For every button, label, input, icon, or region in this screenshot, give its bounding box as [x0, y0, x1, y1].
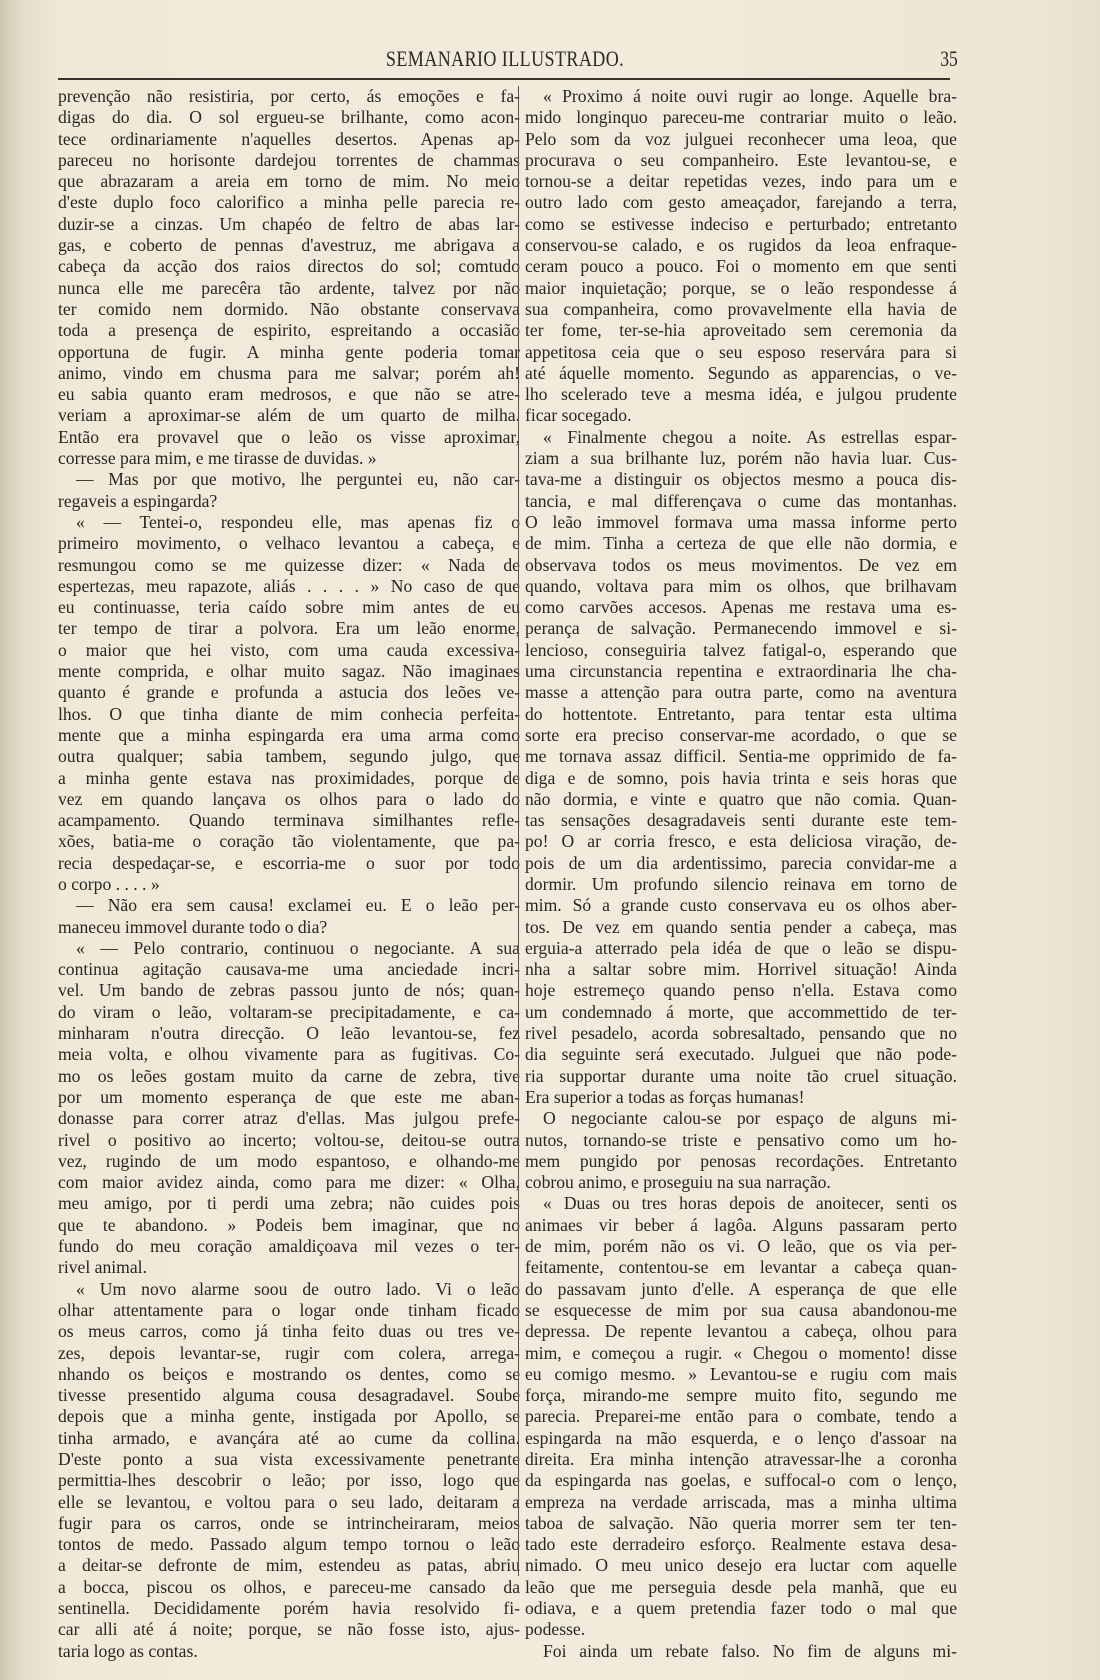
text-line: de mim. Tinha a certeza de que elle não …	[525, 533, 957, 554]
text-line: a minha gente estava nas proximidades, p…	[58, 768, 520, 789]
text-line: taboa de salvação. Não queria morrer sem…	[525, 1513, 957, 1534]
text-line: sentinella. Decididamente porém havia re…	[58, 1598, 520, 1619]
text-line: cobrou animo, e proseguiu na sua narraçã…	[525, 1172, 957, 1193]
text-line: mem pungido por penosas recordações. Ent…	[525, 1151, 957, 1172]
text-line: observava todos os meus movimentos. De v…	[525, 555, 957, 576]
text-line: mido longinquo pareceu-me contrariar mui…	[525, 107, 957, 128]
text-line: fundo do meu coração amaldiçoava mil vez…	[58, 1236, 520, 1257]
text-line: permittia-lhes descobrir o leão; por iss…	[58, 1470, 520, 1491]
text-line: força, mirando-me sempre muito fito, seg…	[525, 1385, 957, 1406]
text-line: uma circunstancia repentina e extraordin…	[525, 661, 957, 682]
text-line: do viram o leão, voltaram-se precipitada…	[58, 1002, 520, 1023]
page-number: 35	[940, 46, 958, 72]
text-line: pareceu no horisonte dardejou torrentes …	[58, 150, 520, 171]
left-column: prevenção não resistiria, por certo, ás …	[58, 86, 520, 1662]
text-line: nutos, tornando-se triste e pensativo co…	[525, 1130, 957, 1151]
text-line: rivel pesadelo, acorda sobresaltado, pen…	[525, 1023, 957, 1044]
text-line: se esquecesse de mim por sua causa aband…	[525, 1300, 957, 1321]
text-line: espingarda na mão esquerda, e o lenço d'…	[525, 1428, 957, 1449]
text-line: vel. Um bando de zebras passou junto de …	[58, 980, 520, 1001]
text-line: zes, depois levantar-se, rugir com coler…	[58, 1343, 520, 1364]
text-line: conservou-se calado, e os rugidos da leo…	[525, 235, 957, 256]
text-line: tivesse presentido alguma cousa desagrad…	[58, 1385, 520, 1406]
text-line: Era superior a todas as forças humanas!	[525, 1087, 957, 1108]
text-line: masse a attenção para outra parte, como …	[525, 682, 957, 703]
text-line: tancia, e mal differençava o cume das mo…	[525, 491, 957, 512]
text-line: ficar socegado.	[525, 405, 957, 426]
text-line: mim. Só a grande custo conservava eu os …	[525, 895, 957, 916]
text-line: ter fome, ter-se-hia aproveitado sem cer…	[525, 320, 957, 341]
text-line: appetitosa ceia que o seu esposo reservá…	[525, 342, 957, 363]
text-line: — Não era sem causa! exclamei eu. E o le…	[58, 895, 520, 916]
text-line: maneceu immovel durante todo o dia?	[58, 917, 520, 938]
text-line: como carvões accesos. Apenas me restava …	[525, 597, 957, 618]
text-line: pois de um dia ardentissimo, parecia con…	[525, 853, 957, 874]
text-line: como se estivesse indeciso e perturbado;…	[525, 214, 957, 235]
text-line: lho scelerado teve a mesma idéa, e julgo…	[525, 384, 957, 405]
text-line: parecia. Preparei-me então para o combat…	[525, 1406, 957, 1427]
text-line: eu continuasse, teria caído sobre mim an…	[58, 597, 520, 618]
text-line: recia despedaçar-se, e escorria-me o suo…	[58, 853, 520, 874]
text-line: odiava, e a quem pretendia fazer todo o …	[525, 1598, 957, 1619]
text-line: por um momento esperança de que este me …	[58, 1087, 520, 1108]
text-line: veriam a aproximar-se além de um quarto …	[58, 405, 520, 426]
text-line: feitamente, contentou-se em levantar a c…	[525, 1257, 957, 1278]
text-line: ceram pouco a pouco. Foi o momento em qu…	[525, 256, 957, 277]
right-column: « Proximo á noite ouvi rugir ao longe. A…	[525, 86, 957, 1662]
text-line: « Duas ou tres horas depois de anoitecer…	[525, 1193, 957, 1214]
text-line: meia volta, e olhou vivamente para as fu…	[58, 1044, 520, 1065]
text-line: Pelo som da voz julguei reconhecer uma l…	[525, 129, 957, 150]
text-line: — Mas por que motivo, lhe perguntei eu, …	[58, 469, 520, 490]
text-line: nha a saltar sobre mim. Horrivel situaçã…	[525, 959, 957, 980]
text-line: mente que a minha espingarda era uma arm…	[58, 725, 520, 746]
text-line: animo, vindo em chusma para me salvar; p…	[58, 363, 520, 384]
text-line: digas do dia. O sol ergueu-se brilhante,…	[58, 107, 520, 128]
page-header: SEMANARIO ILLUSTRADO. 35	[60, 44, 950, 72]
text-line: até áquelle momento. Segundo as apparenc…	[525, 363, 957, 384]
text-line: lhos. O que tinha diante de mim conhecia…	[58, 704, 520, 725]
text-line: ter comido nem dormido. Não obstante con…	[58, 299, 520, 320]
text-line: d'este duplo foco calorifico a minha pel…	[58, 192, 520, 213]
text-line: me tornava assaz difficil. Sentia-me opp…	[525, 746, 957, 767]
text-line: continua agitação causava-me uma ancieda…	[58, 959, 520, 980]
text-line: da espingarda nas goelas, e suffocal-o c…	[525, 1470, 957, 1491]
text-line: ter tempo de tirar a polvora. Era um leã…	[58, 618, 520, 639]
text-line: outro lado com gesto ameaçador, farejand…	[525, 192, 957, 213]
text-line: o maior que hei visto, com uma cauda exc…	[58, 640, 520, 661]
text-line: duzir-se a cinzas. Um chapéo de feltro d…	[58, 214, 520, 235]
text-line: toda a presença de espirito, espreitando…	[58, 320, 520, 341]
text-line: « — Tentei-o, respondeu elle, mas apenas…	[58, 512, 520, 533]
text-line: dia seguinte será executado. Julguei que…	[525, 1044, 957, 1065]
text-line: o corpo . . . . »	[58, 874, 520, 895]
text-line: mim, e começou a rugir. « Chegou o momen…	[525, 1343, 957, 1364]
text-line: « Proximo á noite ouvi rugir ao longe. A…	[525, 86, 957, 107]
text-line: procurava o seu companheiro. Este levant…	[525, 150, 957, 171]
text-line: sua companheira, como provavelmente ella…	[525, 299, 957, 320]
text-line: eu sabia quanto eram medrosos, e que não…	[58, 384, 520, 405]
text-line: não dormia, e vinte e quatro que não com…	[525, 789, 957, 810]
text-line: podesse.	[525, 1619, 957, 1640]
text-line: primeiro movimento, o velhaco levantou a…	[58, 533, 520, 554]
text-line: vez em quando lançava os olhos para o la…	[58, 789, 520, 810]
text-line: dormir. Um profundo silencio reinava em …	[525, 874, 957, 895]
text-line: um condemnado á morte, que accommettido …	[525, 1002, 957, 1023]
text-line: nimado. O meu unico desejo era luctar co…	[525, 1555, 957, 1576]
text-line: direita. Era minha intenção atravessar-l…	[525, 1449, 957, 1470]
text-line: « — Pelo contrario, continuou o negocian…	[58, 938, 520, 959]
text-line: depois que a minha gente, instigada por …	[58, 1406, 520, 1427]
text-line: tava-me a distinguir os objectos mesmo a…	[525, 469, 957, 490]
text-line: mo os leões gostam muito da carne de zeb…	[58, 1066, 520, 1087]
text-line: taria logo as contas.	[58, 1641, 520, 1662]
text-line: meu amigo, por ti perdi uma zebra; não c…	[58, 1193, 520, 1214]
text-line: rivel o positivo ao incerto; voltou-se, …	[58, 1130, 520, 1151]
text-line: minharam n'outra direcção. O leão levant…	[58, 1023, 520, 1044]
text-line: erguia-a atterrado pela idéa de que o le…	[525, 938, 957, 959]
text-line: animaes vir beber á lagôa. Alguns passar…	[525, 1215, 957, 1236]
text-line: tece ordinariamente n'aquelles desertos.…	[58, 129, 520, 150]
text-line: « Um novo alarme soou de outro lado. Vi …	[58, 1279, 520, 1300]
text-line: de mim, porém não os vi. O leão, que os …	[525, 1236, 957, 1257]
newspaper-page: SEMANARIO ILLUSTRADO. 35 prevenção não r…	[0, 0, 1100, 1680]
text-line: tos. De vez em quando sentia pender a ca…	[525, 917, 957, 938]
text-line: acampamento. Quando terminava similhante…	[58, 810, 520, 831]
text-line: maior inquietação; porque, se o leão res…	[525, 278, 957, 299]
text-line: tinha armado, e avançára até ao cume da …	[58, 1428, 520, 1449]
text-line: lencioso, conseguiria talvez fatigal-o, …	[525, 640, 957, 661]
text-line: a deitar-se defronte de mim, estendeu as…	[58, 1555, 520, 1576]
text-line: car alli até á noite; porque, se não fos…	[58, 1619, 520, 1640]
text-line: olhar attentamente para o logar onde tin…	[58, 1300, 520, 1321]
text-line: fugir para os carros, onde se intrinchei…	[58, 1513, 520, 1534]
text-line: ziam a sua brilhante luz, porém não havi…	[525, 448, 957, 469]
text-line: com maior avidez ainda, como para me diz…	[58, 1172, 520, 1193]
text-line: os meus carros, como já tinha feito duas…	[58, 1321, 520, 1342]
text-line: Então era provavel que o leão os visse a…	[58, 427, 520, 448]
text-line: opportuna de fugir. A minha gente poderi…	[58, 342, 520, 363]
text-line: xões, batia-me o coração tão violentamen…	[58, 831, 520, 852]
text-line: espertezas, meu rapazote, aliás . . . . …	[58, 576, 520, 597]
text-line: tas sensações desagradaveis senti durant…	[525, 810, 957, 831]
text-line: mente comprida, e olhar muito sagaz. Não…	[58, 661, 520, 682]
text-line: nunca elle me parecêra tão ardente, talv…	[58, 278, 520, 299]
text-line: corresse para mim, e me tirasse de duvid…	[58, 448, 520, 469]
text-line: ria supportar durante uma noite tão crue…	[525, 1066, 957, 1087]
text-line: po! O ar corria fresco, e esta deliciosa…	[525, 831, 957, 852]
text-line: resmungou como se me quizesse dizer: « N…	[58, 555, 520, 576]
text-line: prevenção não resistiria, por certo, ás …	[58, 86, 520, 107]
header-rule	[58, 78, 950, 80]
publication-title: SEMANARIO ILLUSTRADO.	[140, 46, 870, 72]
text-line: que te abandono. » Podeis bem imaginar, …	[58, 1215, 520, 1236]
text-line: do hottentote. Entretanto, para tentar e…	[525, 704, 957, 725]
text-line: quando, voltava para mim os olhos, que b…	[525, 576, 957, 597]
text-line: cabeça da acção dos raios directos do so…	[58, 256, 520, 277]
text-line: tontos de medo. Passado algum tempo torn…	[58, 1534, 520, 1555]
text-line: quanto é grande e profunda a astucia dos…	[58, 682, 520, 703]
column-divider	[518, 86, 519, 1576]
text-line: vez, rugindo de um modo espantoso, e olh…	[58, 1151, 520, 1172]
text-line: outra qualquer; sabia tambem, segundo ju…	[58, 746, 520, 767]
text-line: empreza na verdade arriscada, mas a minh…	[525, 1492, 957, 1513]
text-line: perança de salvação. Permanecendo immove…	[525, 618, 957, 639]
text-line: gas, e coberto de pennas d'avestruz, me …	[58, 235, 520, 256]
text-line: Foi ainda um rebate falso. No fim de alg…	[525, 1641, 957, 1662]
text-line: rivel animal.	[58, 1257, 520, 1278]
text-line: que abrazaram a areia em torno de mim. N…	[58, 171, 520, 192]
text-line: elle se levantou, e voltou para o seu la…	[58, 1492, 520, 1513]
text-line: tado este derradeiro esforço. Realmente …	[525, 1534, 957, 1555]
text-line: a bocca, piscou os olhos, e pareceu-me c…	[58, 1577, 520, 1598]
text-line: regaveis a espingarda?	[58, 491, 520, 512]
text-line: hoje estremeço quando penso n'ella. Esta…	[525, 980, 957, 1001]
text-line: tornou-se a deitar repetidas vezes, indo…	[525, 171, 957, 192]
text-line: « Finalmente chegou a noite. As estrella…	[525, 427, 957, 448]
text-line: O leão immovel formava uma massa informe…	[525, 512, 957, 533]
text-line: depressa. De repente levantou a cabeça, …	[525, 1321, 957, 1342]
text-line: do passavam junto d'elle. A esperança de…	[525, 1279, 957, 1300]
text-line: diga e de somno, pois havia trinta e sei…	[525, 768, 957, 789]
text-line: nhando os beiços e mostrando os dentes, …	[58, 1364, 520, 1385]
text-line: D'este ponto a sua vista excessivamente …	[58, 1449, 520, 1470]
text-line: O negociante calou-se por espaço de algu…	[525, 1108, 957, 1129]
text-line: leão que me perseguia desde pela manhã, …	[525, 1577, 957, 1598]
text-line: eu comigo mesmo. » Levantou-se e rugiu c…	[525, 1364, 957, 1385]
text-line: donasse para correr atraz d'ellas. Mas j…	[58, 1108, 520, 1129]
text-line: sorte era preciso conservar-me acordado,…	[525, 725, 957, 746]
